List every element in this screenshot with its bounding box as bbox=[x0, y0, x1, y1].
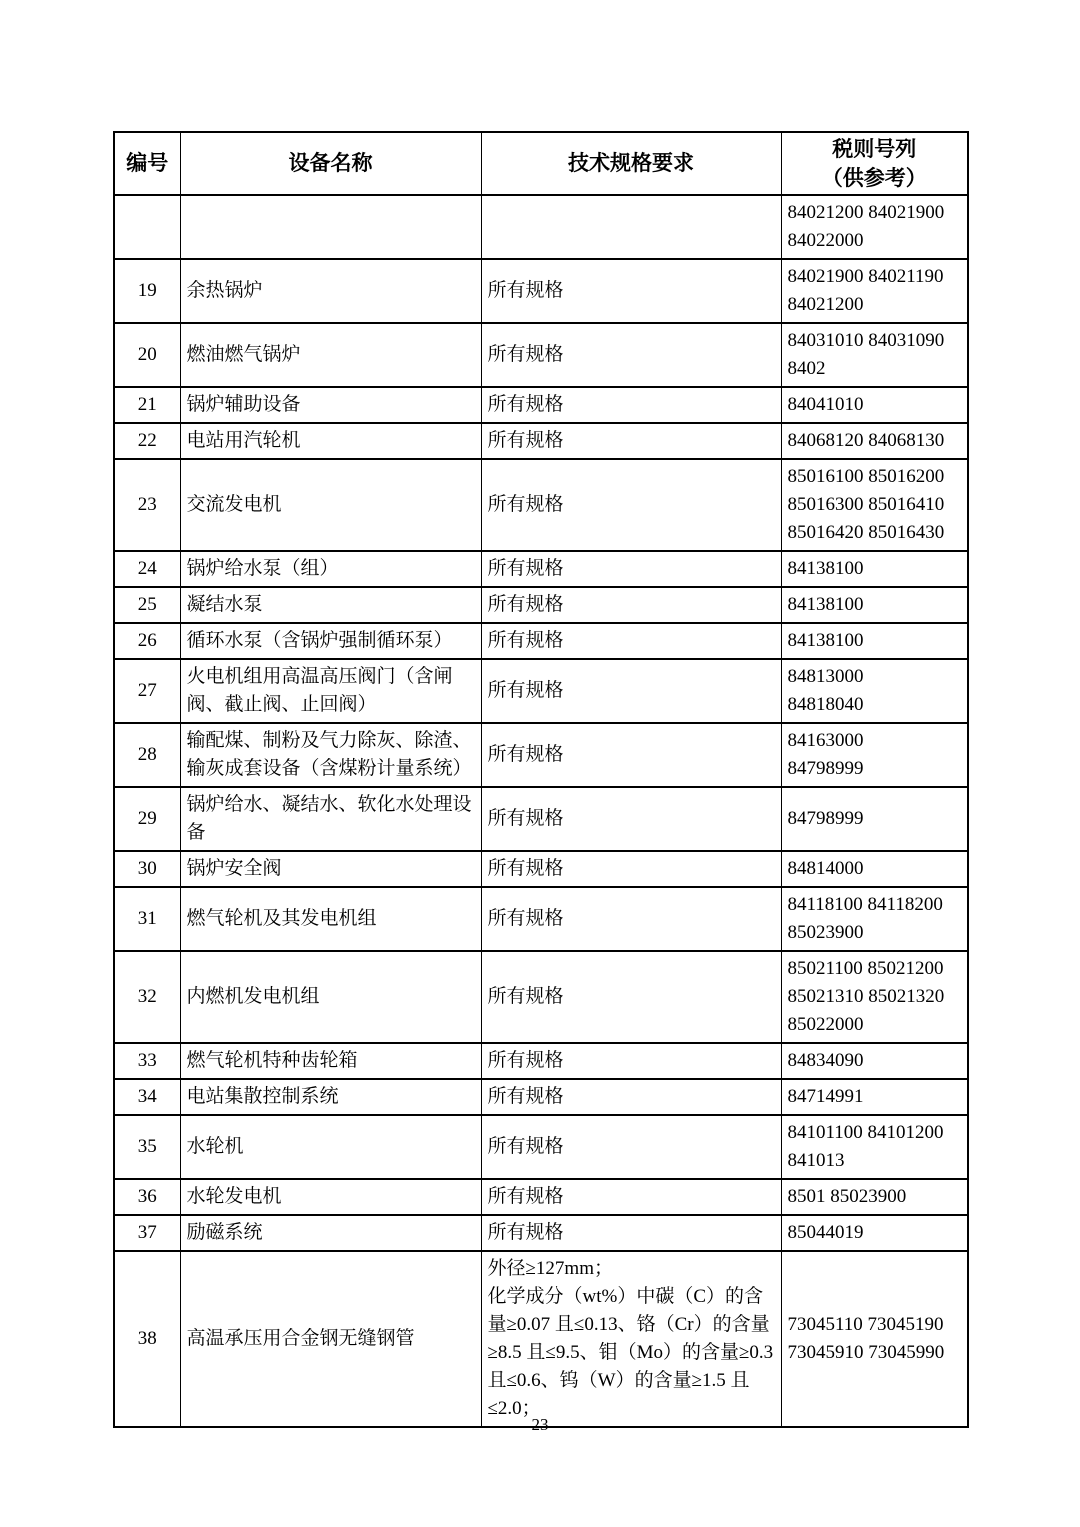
cell-number: 24 bbox=[114, 551, 180, 587]
cell-tariff-code: 84021200 84021900 84022000 bbox=[781, 195, 968, 259]
cell-number: 31 bbox=[114, 887, 180, 951]
cell-tariff-code: 84031010 84031090 8402 bbox=[781, 323, 968, 387]
cell-technical-spec: 所有规格 bbox=[481, 1215, 781, 1251]
cell-tariff-code: 84138100 bbox=[781, 623, 968, 659]
table-row: 84021200 84021900 84022000 bbox=[114, 195, 968, 259]
cell-equipment-name: 燃气轮机特种齿轮箱 bbox=[180, 1043, 481, 1079]
cell-tariff-code: 73045110 73045190 73045910 73045990 bbox=[781, 1251, 968, 1427]
cell-tariff-code: 84813000 84818040 bbox=[781, 659, 968, 723]
cell-tariff-code: 84041010 bbox=[781, 387, 968, 423]
cell-number: 33 bbox=[114, 1043, 180, 1079]
cell-number: 35 bbox=[114, 1115, 180, 1179]
table-row: 25 凝结水泵 所有规格 84138100 bbox=[114, 587, 968, 623]
header-equipment-name: 设备名称 bbox=[180, 132, 481, 195]
cell-tariff-code: 8501 85023900 bbox=[781, 1179, 968, 1215]
cell-equipment-name: 锅炉辅助设备 bbox=[180, 387, 481, 423]
cell-technical-spec: 所有规格 bbox=[481, 887, 781, 951]
cell-number: 30 bbox=[114, 851, 180, 887]
cell-number: 32 bbox=[114, 951, 180, 1043]
cell-number: 37 bbox=[114, 1215, 180, 1251]
table-row: 37 励磁系统 所有规格 85044019 bbox=[114, 1215, 968, 1251]
cell-tariff-code: 84163000 84798999 bbox=[781, 723, 968, 787]
cell-number: 20 bbox=[114, 323, 180, 387]
table-row: 22 电站用汽轮机 所有规格 84068120 84068130 bbox=[114, 423, 968, 459]
cell-tariff-code: 84118100 84118200 85023900 bbox=[781, 887, 968, 951]
cell-tariff-code: 85021100 85021200 85021310 85021320 8502… bbox=[781, 951, 968, 1043]
cell-equipment-name: 火电机组用高温高压阀门（含闸阀、截止阀、止回阀） bbox=[180, 659, 481, 723]
table-body: 84021200 84021900 84022000 19 余热锅炉 所有规格 … bbox=[114, 195, 968, 1427]
table-header: 编号 设备名称 技术规格要求 税则号列 （供参考） bbox=[114, 132, 968, 195]
table-row: 20 燃油燃气锅炉 所有规格 84031010 84031090 8402 bbox=[114, 323, 968, 387]
cell-equipment-name: 凝结水泵 bbox=[180, 587, 481, 623]
cell-number: 38 bbox=[114, 1251, 180, 1427]
cell-technical-spec: 所有规格 bbox=[481, 323, 781, 387]
table-row: 34 电站集散控制系统 所有规格 84714991 bbox=[114, 1079, 968, 1115]
cell-tariff-code: 85016100 85016200 85016300 85016410 8501… bbox=[781, 459, 968, 551]
table-row: 28 输配煤、制粉及气力除灰、除渣、输灰成套设备（含煤粉计量系统） 所有规格 8… bbox=[114, 723, 968, 787]
cell-number: 23 bbox=[114, 459, 180, 551]
table-row: 36 水轮发电机 所有规格 8501 85023900 bbox=[114, 1179, 968, 1215]
table-row: 29 锅炉给水、凝结水、软化水处理设备 所有规格 84798999 bbox=[114, 787, 968, 851]
cell-equipment-name: 内燃机发电机组 bbox=[180, 951, 481, 1043]
cell-equipment-name: 燃气轮机及其发电机组 bbox=[180, 887, 481, 951]
cell-number: 28 bbox=[114, 723, 180, 787]
cell-technical-spec: 所有规格 bbox=[481, 551, 781, 587]
cell-number: 29 bbox=[114, 787, 180, 851]
cell-technical-spec: 外径≥127mm； 化学成分（wt%）中碳（C）的含量≥0.07 且≤0.13、… bbox=[481, 1251, 781, 1427]
cell-technical-spec: 所有规格 bbox=[481, 851, 781, 887]
cell-number: 34 bbox=[114, 1079, 180, 1115]
table-row: 27 火电机组用高温高压阀门（含闸阀、截止阀、止回阀） 所有规格 8481300… bbox=[114, 659, 968, 723]
table-row: 33 燃气轮机特种齿轮箱 所有规格 84834090 bbox=[114, 1043, 968, 1079]
document-page: 编号 设备名称 技术规格要求 税则号列 （供参考） 84021200 84021… bbox=[0, 0, 1080, 1527]
cell-equipment-name bbox=[180, 195, 481, 259]
header-number: 编号 bbox=[114, 132, 180, 195]
cell-equipment-name: 励磁系统 bbox=[180, 1215, 481, 1251]
cell-tariff-code: 84814000 bbox=[781, 851, 968, 887]
page-number: 23 bbox=[0, 1414, 1080, 1436]
cell-tariff-code: 84021900 84021190 84021200 bbox=[781, 259, 968, 323]
table-row: 24 锅炉给水泵（组） 所有规格 84138100 bbox=[114, 551, 968, 587]
cell-number bbox=[114, 195, 180, 259]
table-row: 26 循环水泵（含锅炉强制循环泵） 所有规格 84138100 bbox=[114, 623, 968, 659]
cell-tariff-code: 84101100 84101200 841013 bbox=[781, 1115, 968, 1179]
cell-equipment-name: 高温承压用合金钢无缝钢管 bbox=[180, 1251, 481, 1427]
cell-tariff-code: 84138100 bbox=[781, 587, 968, 623]
header-technical-spec: 技术规格要求 bbox=[481, 132, 781, 195]
equipment-table: 编号 设备名称 技术规格要求 税则号列 （供参考） 84021200 84021… bbox=[113, 131, 969, 1428]
cell-tariff-code: 84834090 bbox=[781, 1043, 968, 1079]
cell-equipment-name: 锅炉安全阀 bbox=[180, 851, 481, 887]
cell-technical-spec: 所有规格 bbox=[481, 387, 781, 423]
cell-number: 25 bbox=[114, 587, 180, 623]
cell-tariff-code: 84138100 bbox=[781, 551, 968, 587]
header-row: 编号 设备名称 技术规格要求 税则号列 （供参考） bbox=[114, 132, 968, 195]
cell-number: 21 bbox=[114, 387, 180, 423]
cell-technical-spec: 所有规格 bbox=[481, 1179, 781, 1215]
cell-equipment-name: 电站用汽轮机 bbox=[180, 423, 481, 459]
cell-technical-spec: 所有规格 bbox=[481, 723, 781, 787]
cell-equipment-name: 燃油燃气锅炉 bbox=[180, 323, 481, 387]
table-row: 38 高温承压用合金钢无缝钢管 外径≥127mm； 化学成分（wt%）中碳（C）… bbox=[114, 1251, 968, 1427]
cell-technical-spec: 所有规格 bbox=[481, 1043, 781, 1079]
cell-equipment-name: 循环水泵（含锅炉强制循环泵） bbox=[180, 623, 481, 659]
cell-tariff-code: 84798999 bbox=[781, 787, 968, 851]
cell-technical-spec: 所有规格 bbox=[481, 659, 781, 723]
cell-number: 22 bbox=[114, 423, 180, 459]
cell-technical-spec: 所有规格 bbox=[481, 1079, 781, 1115]
table-row: 23 交流发电机 所有规格 85016100 85016200 85016300… bbox=[114, 459, 968, 551]
table-row: 35 水轮机 所有规格 84101100 84101200 841013 bbox=[114, 1115, 968, 1179]
cell-tariff-code: 85044019 bbox=[781, 1215, 968, 1251]
table-row: 21 锅炉辅助设备 所有规格 84041010 bbox=[114, 387, 968, 423]
cell-technical-spec: 所有规格 bbox=[481, 459, 781, 551]
cell-technical-spec: 所有规格 bbox=[481, 623, 781, 659]
cell-number: 36 bbox=[114, 1179, 180, 1215]
table-row: 31 燃气轮机及其发电机组 所有规格 84118100 84118200 850… bbox=[114, 887, 968, 951]
header-tariff-code: 税则号列 （供参考） bbox=[781, 132, 968, 195]
cell-number: 19 bbox=[114, 259, 180, 323]
cell-tariff-code: 84714991 bbox=[781, 1079, 968, 1115]
cell-equipment-name: 水轮发电机 bbox=[180, 1179, 481, 1215]
cell-tariff-code: 84068120 84068130 bbox=[781, 423, 968, 459]
table-row: 30 锅炉安全阀 所有规格 84814000 bbox=[114, 851, 968, 887]
cell-number: 26 bbox=[114, 623, 180, 659]
cell-technical-spec: 所有规格 bbox=[481, 587, 781, 623]
cell-equipment-name: 水轮机 bbox=[180, 1115, 481, 1179]
cell-equipment-name: 输配煤、制粉及气力除灰、除渣、输灰成套设备（含煤粉计量系统） bbox=[180, 723, 481, 787]
cell-technical-spec: 所有规格 bbox=[481, 787, 781, 851]
table-row: 19 余热锅炉 所有规格 84021900 84021190 84021200 bbox=[114, 259, 968, 323]
cell-technical-spec: 所有规格 bbox=[481, 1115, 781, 1179]
cell-technical-spec: 所有规格 bbox=[481, 259, 781, 323]
cell-equipment-name: 电站集散控制系统 bbox=[180, 1079, 481, 1115]
cell-equipment-name: 余热锅炉 bbox=[180, 259, 481, 323]
cell-number: 27 bbox=[114, 659, 180, 723]
cell-equipment-name: 交流发电机 bbox=[180, 459, 481, 551]
cell-equipment-name: 锅炉给水泵（组） bbox=[180, 551, 481, 587]
cell-technical-spec: 所有规格 bbox=[481, 951, 781, 1043]
cell-technical-spec bbox=[481, 195, 781, 259]
table-row: 32 内燃机发电机组 所有规格 85021100 85021200 850213… bbox=[114, 951, 968, 1043]
cell-technical-spec: 所有规格 bbox=[481, 423, 781, 459]
cell-equipment-name: 锅炉给水、凝结水、软化水处理设备 bbox=[180, 787, 481, 851]
